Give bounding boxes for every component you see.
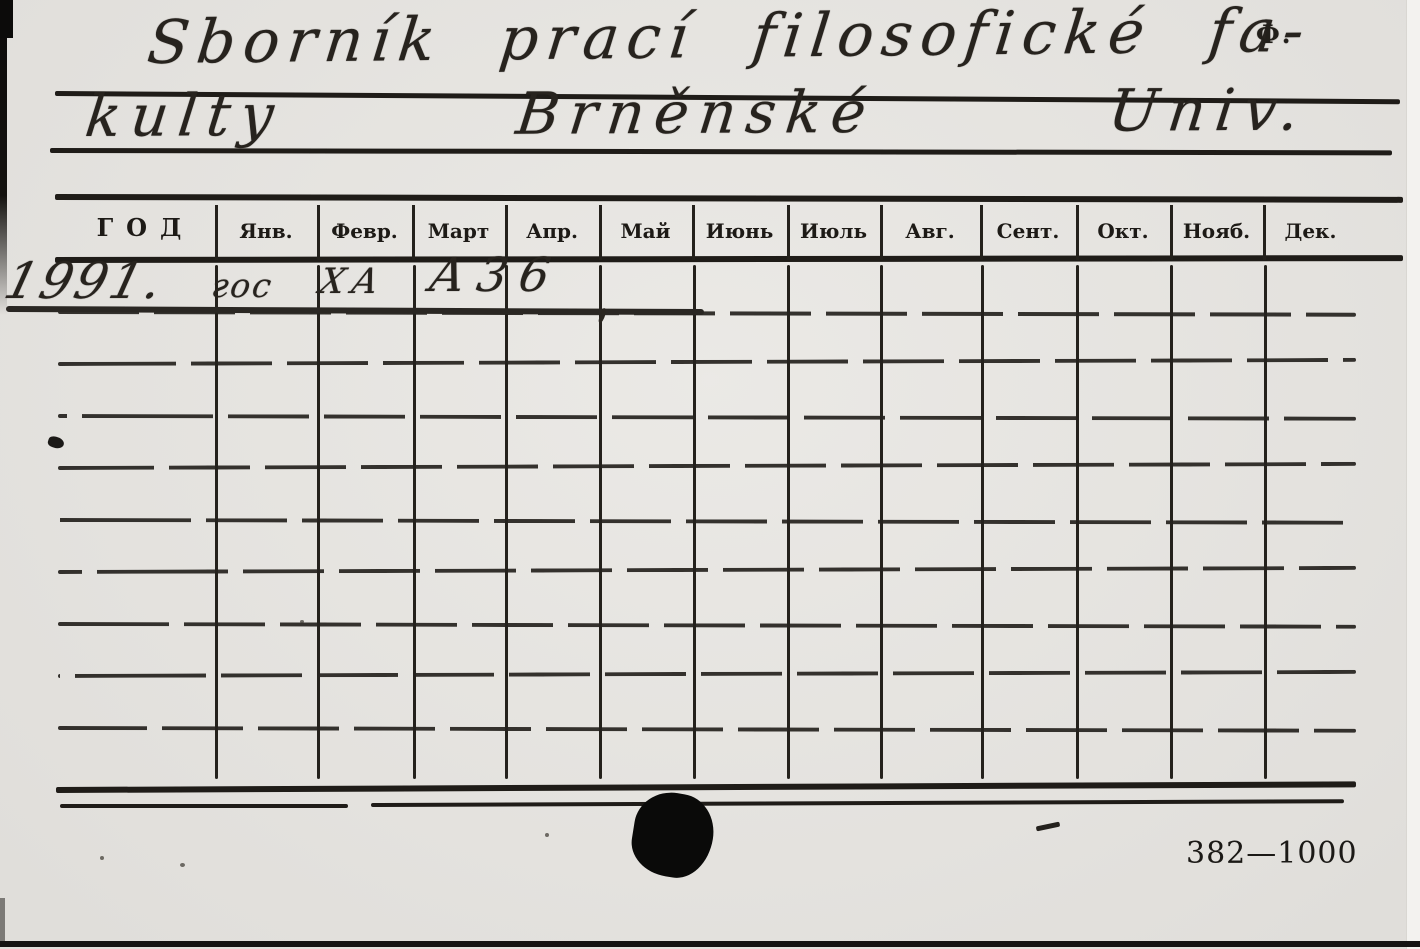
month-header: Апр.	[505, 219, 599, 243]
month-header: Февр.	[317, 219, 412, 243]
scan-speck	[180, 863, 185, 867]
year-column-header: ГОД	[64, 213, 214, 242]
scan-edge-left-bottom	[0, 898, 5, 944]
month-header: Янв.	[215, 219, 317, 243]
row-line	[58, 358, 1356, 366]
row-line	[58, 726, 1356, 733]
scan-speck	[100, 856, 104, 860]
header-separator	[980, 205, 983, 260]
entry-february: ХА	[316, 262, 390, 302]
entry-march-april: А36	[425, 248, 566, 303]
handwritten-title-line1: Sborník prací filosofické fa-	[144, 0, 1315, 78]
row-line	[58, 414, 1356, 421]
row-line	[58, 518, 1356, 525]
header-separator	[880, 205, 883, 260]
title-underline-2	[50, 148, 1392, 155]
row-line	[58, 622, 1356, 629]
header-separator	[1263, 205, 1266, 260]
month-header: Июль	[787, 219, 880, 243]
scan-speck	[545, 833, 549, 837]
table-bottom-border-lower	[60, 804, 348, 808]
handwritten-title-line2: kulty Brněnské Univ.	[82, 76, 1312, 150]
pen-mark	[1036, 822, 1061, 832]
header-separator	[692, 205, 695, 260]
handwritten-corner-mark: Ф.	[1256, 20, 1292, 49]
header-separator	[317, 205, 320, 260]
header-separator	[599, 205, 602, 260]
ink-blot	[47, 435, 66, 450]
entry-year: 1991.	[0, 252, 171, 310]
header-separator	[787, 205, 790, 260]
month-header: Сент.	[980, 219, 1076, 243]
table-bottom-border-upper	[56, 781, 1356, 793]
row-line	[58, 462, 1356, 470]
scanned-library-card-page: { "colors": { "paper": "#e8e6e2", "print…	[0, 0, 1420, 949]
month-header: Май	[599, 219, 692, 243]
month-header: Дек.	[1263, 219, 1358, 243]
table-top-border	[55, 194, 1403, 203]
month-header: Окт.	[1076, 219, 1170, 243]
scan-corner-mark	[0, 0, 13, 38]
month-header: Авг.	[880, 219, 980, 243]
print-run-code: 382—1000	[1186, 836, 1358, 871]
month-header: Нояб.	[1170, 219, 1263, 243]
month-header: Март	[412, 219, 505, 243]
table-header-border	[55, 255, 1403, 263]
scan-edge-left	[0, 0, 7, 315]
header-separator	[1076, 205, 1079, 260]
entry-january: гос	[209, 266, 276, 305]
scan-edge-bottom	[0, 941, 1420, 947]
header-separator	[1170, 205, 1173, 260]
library-circulation-card: Sborník prací filosofické fa- Ф. kulty B…	[0, 0, 1420, 949]
table-bottom-border-lower	[371, 799, 1344, 807]
header-separator	[412, 205, 415, 260]
header-separator	[215, 205, 218, 260]
scan-edge-right	[1406, 0, 1420, 949]
month-header: Июнь	[692, 219, 787, 243]
scan-speck	[300, 620, 304, 623]
row-line	[58, 670, 1356, 678]
row-line	[58, 566, 1356, 574]
